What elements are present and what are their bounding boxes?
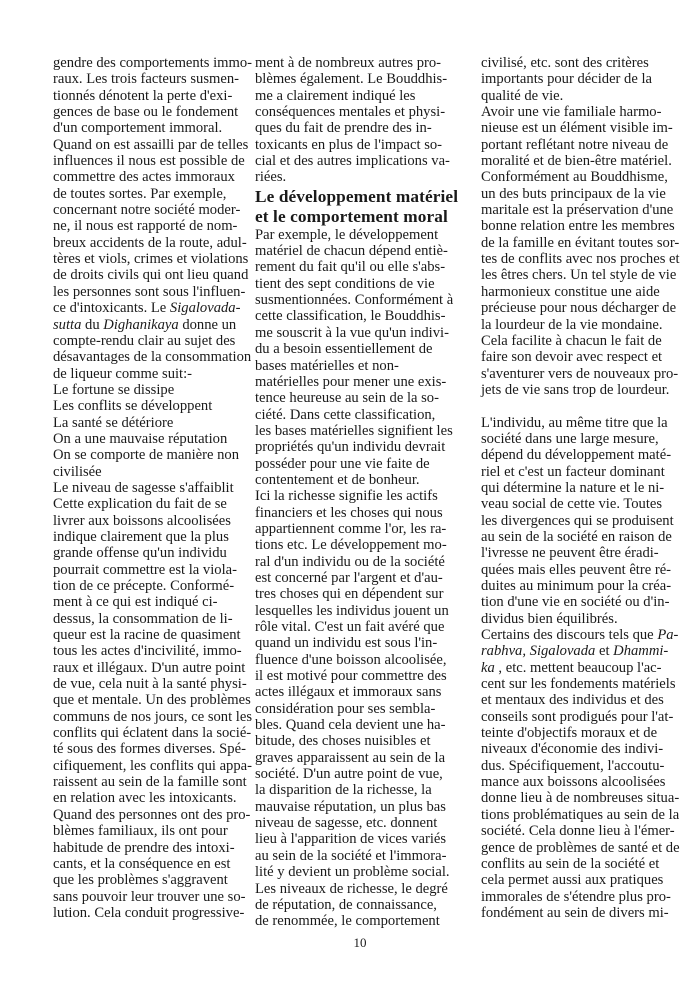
text-line: au sein de la société en raison de: [481, 529, 681, 545]
text-line: veau social de cette vie. Toutes: [481, 496, 681, 512]
text-line: actes illégaux et immoraux sans: [255, 684, 470, 700]
text-line-with-italic: ka , etc. mettent beaucoup l'ac-: [481, 660, 681, 676]
text-line: d'un comportement immoral.: [53, 120, 243, 136]
text-line: grande offense qu'un individu: [53, 545, 243, 561]
text-line: posséder pour une vie faite de: [255, 456, 470, 472]
text-line: riel et c'est un facteur dominant: [481, 464, 681, 480]
list-item: civilisée: [53, 464, 243, 480]
text-column-3: civilisé, etc. sont des critères importa…: [481, 55, 681, 921]
text-line: de liqueur comme suit:-: [53, 366, 243, 382]
text-line: ne, il nous est rapporté de nom-: [53, 218, 243, 234]
text-line: les divergences qui se produisent: [481, 513, 681, 529]
text-line: contentement et de bonheur.: [255, 472, 470, 488]
text-line: Conformément au Bouddhisme,: [481, 169, 681, 185]
text-line: en relation avec les intoxicants.: [53, 790, 243, 806]
text-fragment: donne un: [179, 317, 237, 333]
text-line-with-italic: Certains des discours tels que Pa-: [481, 627, 681, 643]
text-line: au sein de la société et l'immora-: [255, 848, 470, 864]
text-line: quées mais elles peuvent être ré-: [481, 562, 681, 578]
text-line-with-italic: sutta du Dighanikaya donne un: [53, 317, 243, 333]
text-line: mance aux boissons alcoolisées: [481, 774, 681, 790]
text-line: cial et des autres implications va-: [255, 153, 470, 169]
italic-term-sigalovada: Sigalovada-: [170, 300, 241, 316]
text-line: cela permet aussi aux pratiques: [481, 872, 681, 888]
text-line: toxicants en plus de l'impact so-: [255, 137, 470, 153]
text-line: faire son devoir avec respect et: [481, 349, 681, 365]
text-line: de toutes sortes. Par exemple,: [53, 186, 243, 202]
text-line: breux accidents de la route, adul-: [53, 235, 243, 251]
text-line: portant reflétant notre niveau de: [481, 137, 681, 153]
text-line: société. D'un autre point de vue,: [255, 766, 470, 782]
list-item: Le niveau de sagesse s'affaiblit: [53, 480, 243, 496]
italic-term-dighanikaya: Dighanikaya: [103, 317, 178, 333]
text-line: civilisé, etc. sont des critères: [481, 55, 681, 71]
text-line: lieu à l'apparition de vices variés: [255, 831, 470, 847]
text-line: bitude, des choses nuisibles et: [255, 733, 470, 749]
text-line: société dans une large mesure,: [481, 431, 681, 447]
section-heading-line-1: Le développement matériel: [255, 187, 470, 207]
text-line: me souscrit à la vue qu'un indivi-: [255, 325, 470, 341]
text-line: de renommée, le comportement: [255, 913, 470, 929]
text-line: matériel de chacun dépend entiè-: [255, 243, 470, 259]
text-line: concernant notre société moder-: [53, 202, 243, 218]
text-fragment: Certains des discours tels que: [481, 627, 657, 643]
text-line: l'ivresse ne peuvent être éradi-: [481, 545, 681, 561]
text-line: influences il nous est possible de: [53, 153, 243, 169]
text-line: de la famille en évitant toutes sor-: [481, 235, 681, 251]
text-line: ment à de nombreux autres pro-: [255, 55, 470, 71]
text-line: ral d'un individu ou de la société: [255, 554, 470, 570]
text-line: quand un individu est sous l'in-: [255, 635, 470, 651]
text-fragment: du: [81, 317, 103, 333]
text-line: conséquences mentales et physi-: [255, 104, 470, 120]
text-line: cants, et la conséquence en est: [53, 856, 243, 872]
text-line: raissent au sein de la famille sont: [53, 774, 243, 790]
text-line: société. Cela donne lieu à l'émer-: [481, 823, 681, 839]
text-line: mauvaise réputation, un plus bas: [255, 799, 470, 815]
list-item: La santé se détériore: [53, 415, 243, 431]
text-line: harmonieux constitue une aide: [481, 284, 681, 300]
text-line: riées.: [255, 169, 470, 185]
text-line: bonne relation entre les membres: [481, 218, 681, 234]
text-line: graves apparaissent au sein de la: [255, 750, 470, 766]
text-line: appartiennent comme l'or, les ra-: [255, 521, 470, 537]
text-line: indique clairement que la plus: [53, 529, 243, 545]
text-line: jets de vie sans trop de lourdeur.: [481, 382, 681, 398]
text-line: Quand on est assailli par de telles: [53, 137, 243, 153]
text-line: lution. Cela conduit progressive-: [53, 905, 243, 921]
text-line: bles. Quand cela devient une ha-: [255, 717, 470, 733]
text-line: fluence d'une boisson alcoolisée,: [255, 652, 470, 668]
text-line: financiers et les choses qui nous: [255, 505, 470, 521]
text-line: matérielles pour mener une exis-: [255, 374, 470, 390]
text-line: gendre des comportements immo-: [53, 55, 243, 71]
text-line: cent sur les fondements matériels: [481, 676, 681, 692]
text-line: et mentaux des individus et des: [481, 692, 681, 708]
text-line: compte-rendu clair au sujet des: [53, 333, 243, 349]
text-line: de vue, cela nuit à la santé physi-: [53, 676, 243, 692]
italic-term-ka: ka: [481, 660, 495, 676]
text-line: considération pour ses sembla-: [255, 701, 470, 717]
section-heading-line-2: et le comportement moral: [255, 207, 470, 227]
text-line: désavantages de la consommation: [53, 349, 243, 365]
text-line: tence heureuse au sein de la so-: [255, 390, 470, 406]
text-line: sans pouvoir leur trouver une so-: [53, 889, 243, 905]
text-line-with-italic: ce d'intoxicants. Le Sigalovada-: [53, 300, 243, 316]
text-fragment: ce d'intoxicants. Le: [53, 300, 170, 316]
italic-term-parabhva: Pa-: [657, 627, 678, 643]
text-line: qualité de vie.: [481, 88, 681, 104]
paragraph-gap: [481, 398, 681, 414]
text-line: du a besoin essentiellement de: [255, 341, 470, 357]
text-line: les bases matérielles signifient les: [255, 423, 470, 439]
text-line: rement du fait qu'il ou elle s'abs-: [255, 259, 470, 275]
text-fragment: , etc. mettent beaucoup l'ac-: [495, 660, 662, 676]
text-line: tres choses qui en dépendent sur: [255, 586, 470, 602]
text-line: Cette explication du fait de se: [53, 496, 243, 512]
list-item: Le fortune se dissipe: [53, 382, 243, 398]
list-item: On a une mauvaise réputation: [53, 431, 243, 447]
text-line: de réputation, de connaissance,: [255, 897, 470, 913]
text-line: L'individu, au même titre que la: [481, 415, 681, 431]
text-line: gences de base ou le fondement: [53, 104, 243, 120]
text-line: queur est la racine de quasiment: [53, 627, 243, 643]
text-line: Cela facilite à chacun le fait de: [481, 333, 681, 349]
text-line: fondément au sein de divers mi-: [481, 905, 681, 921]
text-line: un des buts principaux de la vie: [481, 186, 681, 202]
text-line: niveaux d'économie des indivi-: [481, 741, 681, 757]
text-line: duites au minimum pour la créa-: [481, 578, 681, 594]
text-line: tions problématiques au sein de la: [481, 807, 681, 823]
text-line: tient des sept conditions de vie: [255, 276, 470, 292]
text-line: dépend du développement maté-: [481, 447, 681, 463]
text-line: tionnés dénotent la perte d'exi-: [53, 88, 243, 104]
text-line: précieuse pour nous décharger de: [481, 300, 681, 316]
italic-term-sutta: sutta: [53, 317, 81, 333]
text-line: importants pour décider de la: [481, 71, 681, 87]
text-line: la lourdeur de la vie mondaine.: [481, 317, 681, 333]
text-line: nieuse est un élément visible im-: [481, 120, 681, 136]
text-line: tères et viols, crimes et violations: [53, 251, 243, 267]
text-line: blèmes familiaux, ils ont pour: [53, 823, 243, 839]
text-line: teinte d'objectifs moraux et de: [481, 725, 681, 741]
text-line: maritale est la préservation d'une: [481, 202, 681, 218]
text-line: té sous des formes diverses. Spé-: [53, 741, 243, 757]
text-line: tions etc. Le développement mo-: [255, 537, 470, 553]
text-line: tion de ce précepte. Conformé-: [53, 578, 243, 594]
text-line: Ici la richesse signifie les actifs: [255, 488, 470, 504]
text-line: ment à ce qui est indiqué ci-: [53, 594, 243, 610]
text-line: ques du fait de prendre des in-: [255, 120, 470, 136]
text-column-1: gendre des comportements immo- raux. Les…: [53, 55, 243, 921]
text-line: me a clairement indiqué les: [255, 88, 470, 104]
text-line: gence de problèmes de santé et de: [481, 840, 681, 856]
text-line: Avoir une vie familiale harmo-: [481, 104, 681, 120]
italic-term-dhammika: Dhammi-: [613, 643, 668, 659]
text-line: commettre des actes immoraux: [53, 169, 243, 185]
text-line: tous les actes d'incivilité, immo-: [53, 643, 243, 659]
text-line: les personnes sont sous l'influen-: [53, 284, 243, 300]
text-line: habitude de prendre des intoxi-: [53, 840, 243, 856]
text-column-2: ment à de nombreux autres pro- blèmes ég…: [255, 55, 470, 930]
text-line: immorales de s'étendre plus pro-: [481, 889, 681, 905]
list-item: On se comporte de manière non: [53, 447, 243, 463]
text-line: cette classification, le Bouddhis-: [255, 308, 470, 324]
text-line: la disparition de la richesse, la: [255, 782, 470, 798]
text-line: ciété. Dans cette classification,: [255, 407, 470, 423]
text-line: que les problèmes s'aggravent: [53, 872, 243, 888]
text-line: conflits qui éclatent dans la socié-: [53, 725, 243, 741]
text-line: donne lieu à de nombreuses situa-: [481, 790, 681, 806]
text-line: livrer aux boissons alcoolisées: [53, 513, 243, 529]
text-line: lité y devient un problème social.: [255, 864, 470, 880]
text-line: est concerné par l'argent et d'au-: [255, 570, 470, 586]
text-line: Par exemple, le développement: [255, 227, 470, 243]
text-line: s'aventurer vers de nouveaux pro-: [481, 366, 681, 382]
text-line-with-italic: rabhva, Sigalovada et Dhammi-: [481, 643, 681, 659]
document-page: gendre des comportements immo- raux. Les…: [0, 0, 700, 990]
text-line: qui détermine la nature et le ni-: [481, 480, 681, 496]
italic-term-sigalovada: rabhva, Sigalovada: [481, 643, 595, 659]
text-line: que et mentale. Un des problèmes: [53, 692, 243, 708]
text-line: lesquelles les individus jouent un: [255, 603, 470, 619]
page-number: 10: [350, 935, 370, 951]
text-line: bases matérielles et non-: [255, 358, 470, 374]
text-line: moralité et de bien-être matériel.: [481, 153, 681, 169]
text-line: il est motivé pour commettre des: [255, 668, 470, 684]
text-line: tes de conflits avec nos proches et: [481, 251, 681, 267]
text-line: raux et illégaux. D'un autre point: [53, 660, 243, 676]
text-line: conseils sont prodigués pour l'at-: [481, 709, 681, 725]
text-line: les êtres chers. Un tel style de vie: [481, 267, 681, 283]
text-fragment: et: [595, 643, 613, 659]
text-line: Quand des personnes ont des pro-: [53, 807, 243, 823]
text-line: tion d'une vie en société ou d'in-: [481, 594, 681, 610]
text-line: blèmes également. Le Bouddhis-: [255, 71, 470, 87]
text-line: propriétés qu'un individu devrait: [255, 439, 470, 455]
text-line: susmentionnées. Conformément à: [255, 292, 470, 308]
text-line: de droits civils qui ont lieu quand: [53, 267, 243, 283]
text-line: conflits au sein de la société et: [481, 856, 681, 872]
text-line: communs de nos jours, ce sont les: [53, 709, 243, 725]
text-line: dus. Spécifiquement, l'accoutu-: [481, 758, 681, 774]
text-line: rôle vital. C'est un fait avéré que: [255, 619, 470, 635]
list-item: Les conflits se développent: [53, 398, 243, 414]
text-line: Les niveaux de richesse, le degré: [255, 881, 470, 897]
text-line: raux. Les trois facteurs susmen-: [53, 71, 243, 87]
text-line: dividus bien équilibrés.: [481, 611, 681, 627]
text-line: dessus, la consommation de li-: [53, 611, 243, 627]
text-line: pourrait commettre est la viola-: [53, 562, 243, 578]
text-line: cifiquement, les conflits qui appa-: [53, 758, 243, 774]
text-line: niveau de sagesse, etc. donnent: [255, 815, 470, 831]
